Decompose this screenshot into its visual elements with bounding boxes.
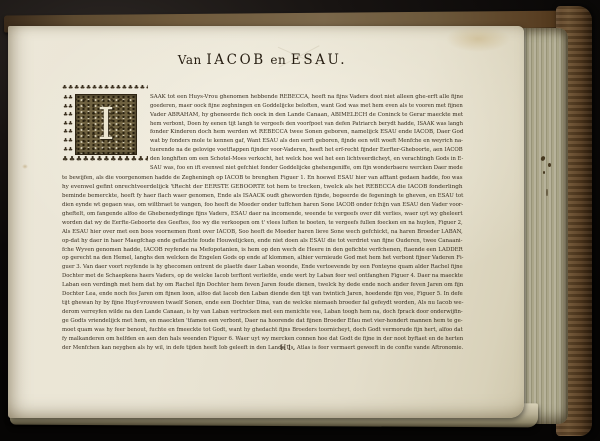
gathering-signature-mark: H1. xyxy=(258,344,318,352)
title-name-iacob: IACOB xyxy=(206,52,265,68)
woodcut-initial-frame: I xyxy=(75,94,137,155)
title-prefix: Van xyxy=(178,53,202,67)
ornamental-initial-block: ♣♣♣♣♣♣♣♣♣♣♣♣♣♣♣ ♣♣ ♣♣ ♣♣ ♣♣ ♣♣ ♣♣ ♣♣ I ♣… xyxy=(62,86,148,164)
drop-cap-letter: I xyxy=(97,103,114,147)
page-title: Van IACOB en ESAU. xyxy=(62,52,463,68)
title-name-esau: ESAU. xyxy=(291,52,347,68)
page-stain xyxy=(22,164,28,169)
fleuron-ornament-row: ♣♣♣♣♣♣♣♣♣♣♣♣♣♣♣ xyxy=(62,85,148,92)
fore-edge-ink-speck xyxy=(548,163,551,167)
page-stain xyxy=(446,26,510,52)
fore-edge-ink-speck xyxy=(543,171,545,174)
fore-edge-ink-speck xyxy=(546,189,548,196)
paragraph-full-width-region: te bewijfen, als die voorgenomen hadde d… xyxy=(62,164,463,343)
fleuron-ornament-row: ♣♣♣♣♣♣♣♣♣♣♣♣♣ xyxy=(62,156,148,163)
fleuron-ornament-column: ♣♣ ♣♣ ♣♣ ♣♣ ♣♣ ♣♣ ♣♣ xyxy=(62,94,74,156)
paragraph-indented-region: SAAK tot een Huys-Vrou ghenomen hebbende… xyxy=(150,83,463,163)
book-page: Van IACOB en ESAU. ♣♣♣♣♣♣♣♣♣♣♣♣♣♣♣ ♣♣ ♣♣… xyxy=(8,26,524,418)
text-line: te bewijfen, als die voorgenomen hadde d… xyxy=(62,164,463,173)
title-conjunction: en xyxy=(270,53,286,67)
photo-background: Van IACOB en ESAU. ♣♣♣♣♣♣♣♣♣♣♣♣♣♣♣ ♣♣ ♣♣… xyxy=(0,0,600,441)
text-line: SAAK tot een Huys-Vrou ghenomen hebbende… xyxy=(150,83,463,92)
